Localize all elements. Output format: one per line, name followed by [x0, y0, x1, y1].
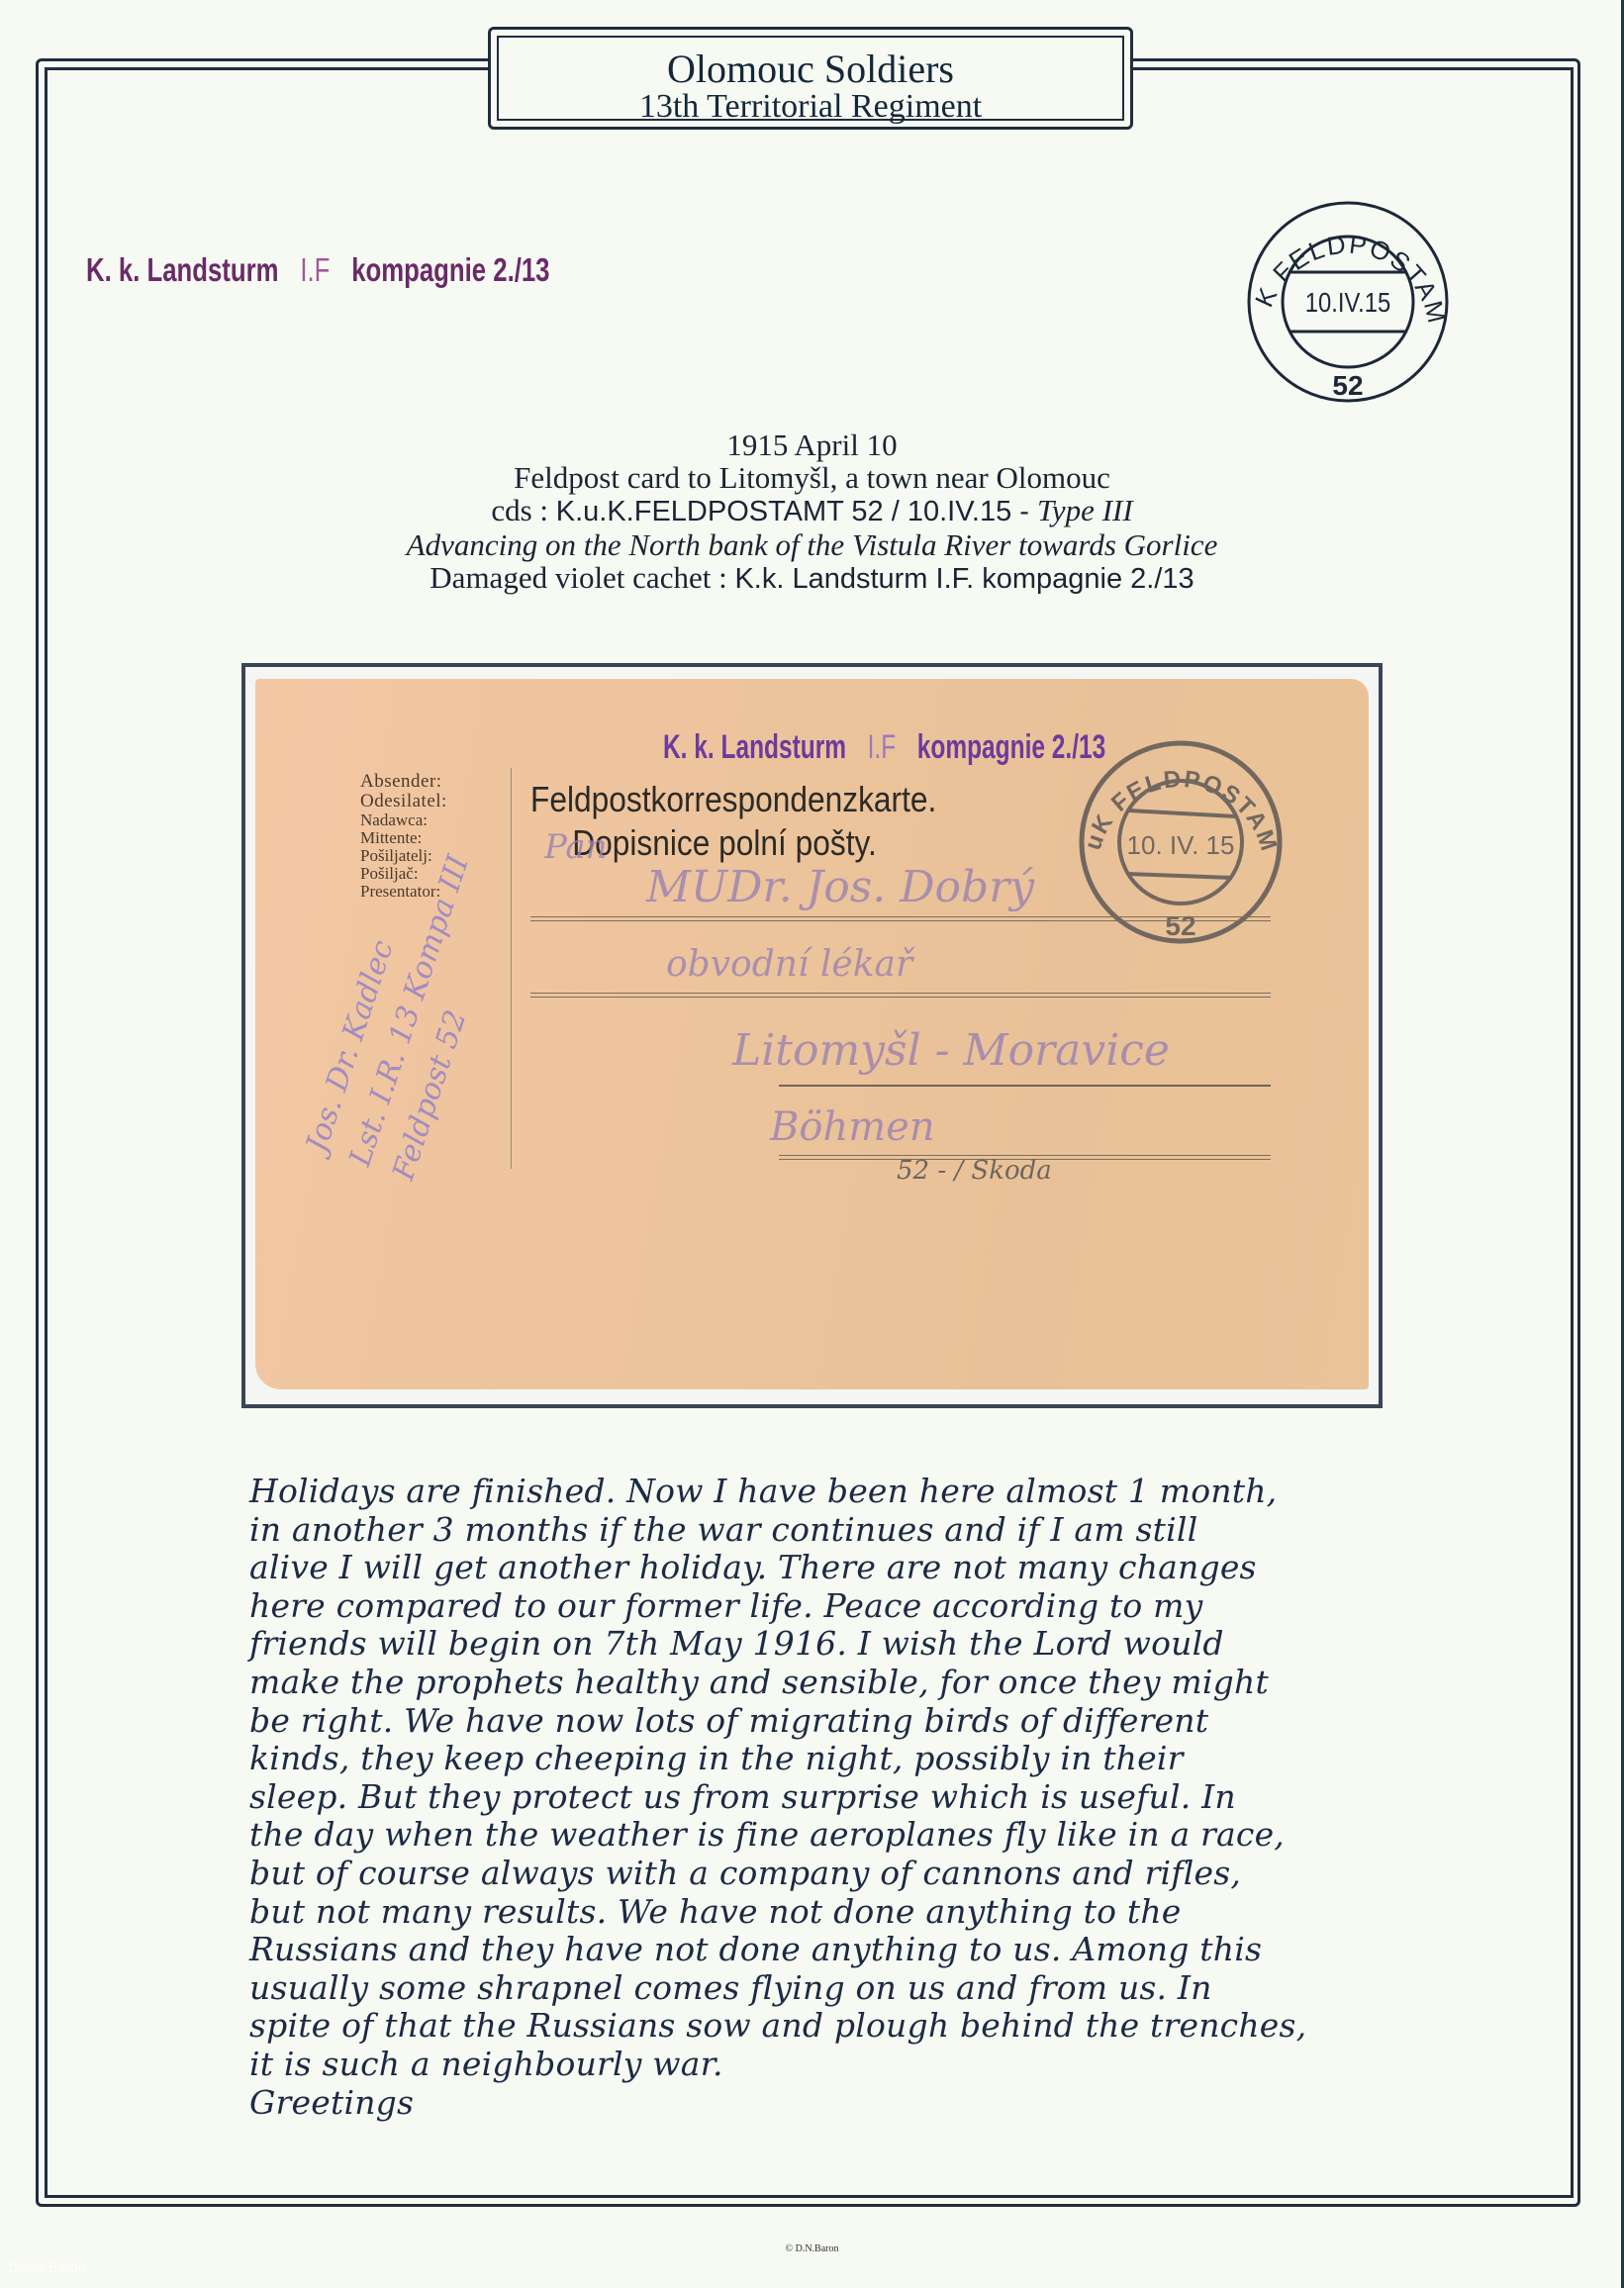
cachet-value: K.k. Landsturm I.F. kompagnie 2./13 — [734, 563, 1194, 595]
letter-line: the day when the weather is fine aeropla… — [249, 1816, 1397, 1855]
letter-line: Russians and they have not done anything… — [249, 1931, 1397, 1969]
cover-description: 1915 April 10 Feldpost card to Litomyšl,… — [0, 429, 1624, 596]
cds-label: cds : — [491, 493, 555, 527]
handwriting-region: Böhmen — [770, 1104, 935, 1150]
letter-line: make the prophets healthy and sensible, … — [249, 1664, 1397, 1702]
cds-value: K.u.K.FELDPOSTAMT 52 / 10.IV.15 - — [556, 496, 1037, 527]
handwriting-addressee: MUDr. Jos. Dobrý — [646, 862, 1034, 912]
sender-label: Nadawca: — [360, 811, 447, 829]
card-postmark-icon: KuK FELDPOSTAMT 10. IV. 15 52 — [1072, 733, 1290, 951]
letter-line: alive I will get another holiday. There … — [249, 1549, 1397, 1587]
card-mount: K. k. LandsturmI.Fkompagnie 2./13 Absend… — [241, 663, 1383, 1408]
handwriting-town: Litomyšl - Moravice — [732, 1025, 1170, 1076]
letter-line: but of course always with a company of c… — [249, 1855, 1397, 1893]
pencil-note: 52 - / Skoda — [897, 1156, 1052, 1186]
letter-line: Greetings — [249, 2084, 1397, 2123]
svg-text:10. IV. 15: 10. IV. 15 — [1127, 830, 1235, 860]
letter-line: be right. We have now lots of migrating … — [249, 1702, 1397, 1741]
copyright: © D.N.Baron — [0, 2243, 1624, 2254]
sender-handwriting: Jos. Dr. Kadlec Lst. I.R. 13 Kompa III F… — [295, 836, 525, 1187]
cachet-text-part1: K. k. Landsturm — [86, 251, 279, 288]
cachet-line: Damaged violet cachet : K.k. Landsturm I… — [0, 561, 1624, 596]
card-cachet-part2: I.F — [868, 728, 897, 766]
letter-line: usually some shrapnel comes flying on us… — [249, 1969, 1397, 2008]
letter-line: Holidays are finished. Now I have been h… — [249, 1473, 1397, 1511]
letter-line: but not many results. We have not done a… — [249, 1893, 1397, 1932]
postmark-diagram-icon: KuK FELDPOSTAMT 10.IV.15 52 — [1239, 193, 1457, 411]
sender-label: Absender: — [360, 772, 447, 792]
card-cachet: K. k. LandsturmI.Fkompagnie 2./13 — [663, 728, 1105, 767]
address-line-3 — [779, 1085, 1271, 1087]
letter-line: here compared to our former life. Peace … — [249, 1587, 1397, 1626]
route-line: Feldpost card to Litomyšl, a town near O… — [0, 461, 1624, 494]
letter-line: sleep. But they protect us from surprise… — [249, 1778, 1397, 1817]
cachet-label: Damaged violet cachet : — [430, 560, 734, 595]
feldpost-card-image: K. k. LandsturmI.Fkompagnie 2./13 Absend… — [255, 679, 1369, 1389]
svg-text:52: 52 — [1165, 910, 1195, 941]
cachet-enlargement: K. k. LandsturmI.Fkompagnie 2./13 — [86, 251, 549, 289]
card-heading-german: Feldpostkorrespondenzkarte. — [530, 778, 936, 821]
letter-line: friends will begin on 7th May 1916. I wi… — [249, 1625, 1397, 1664]
title-box: Olomouc Soldiers 13th Territorial Regime… — [488, 27, 1133, 130]
cachet-text-part3: kompagnie 2./13 — [351, 251, 549, 288]
address-line-2 — [530, 993, 1271, 994]
card-cachet-part1: K. k. Landsturm — [663, 728, 846, 766]
date-line: 1915 April 10 — [0, 429, 1624, 461]
letter-line: it is such a neighbourly war. — [249, 2046, 1397, 2084]
context-line: Advancing on the North bank of the Vistu… — [0, 528, 1624, 561]
handwriting-salutation: Pan — [544, 827, 608, 867]
sender-label: Odesilatel: — [360, 792, 447, 811]
cachet-text-part2: I.F — [300, 251, 330, 288]
cds-type: Type III — [1037, 493, 1133, 527]
watermark: Derek Baron — [8, 2259, 86, 2275]
svg-text:52: 52 — [1332, 370, 1363, 401]
page-title: Olomouc Soldiers — [499, 49, 1122, 89]
address-line-1 — [530, 916, 1271, 917]
handwriting-title: obvodní lékař — [666, 944, 912, 985]
letter-transcription: Holidays are finished. Now I have been h… — [249, 1473, 1397, 2122]
cds-line: cds : K.u.K.FELDPOSTAMT 52 / 10.IV.15 - … — [0, 494, 1624, 528]
letter-line: kinds, they keep cheeping in the night, … — [249, 1740, 1397, 1778]
svg-text:10.IV.15: 10.IV.15 — [1305, 286, 1390, 318]
letter-line: in another 3 months if the war continues… — [249, 1511, 1397, 1550]
letter-line: spite of that the Russians sow and ploug… — [249, 2007, 1397, 2046]
card-divider — [511, 768, 512, 1169]
page-subtitle: 13th Territorial Regiment — [499, 89, 1122, 125]
